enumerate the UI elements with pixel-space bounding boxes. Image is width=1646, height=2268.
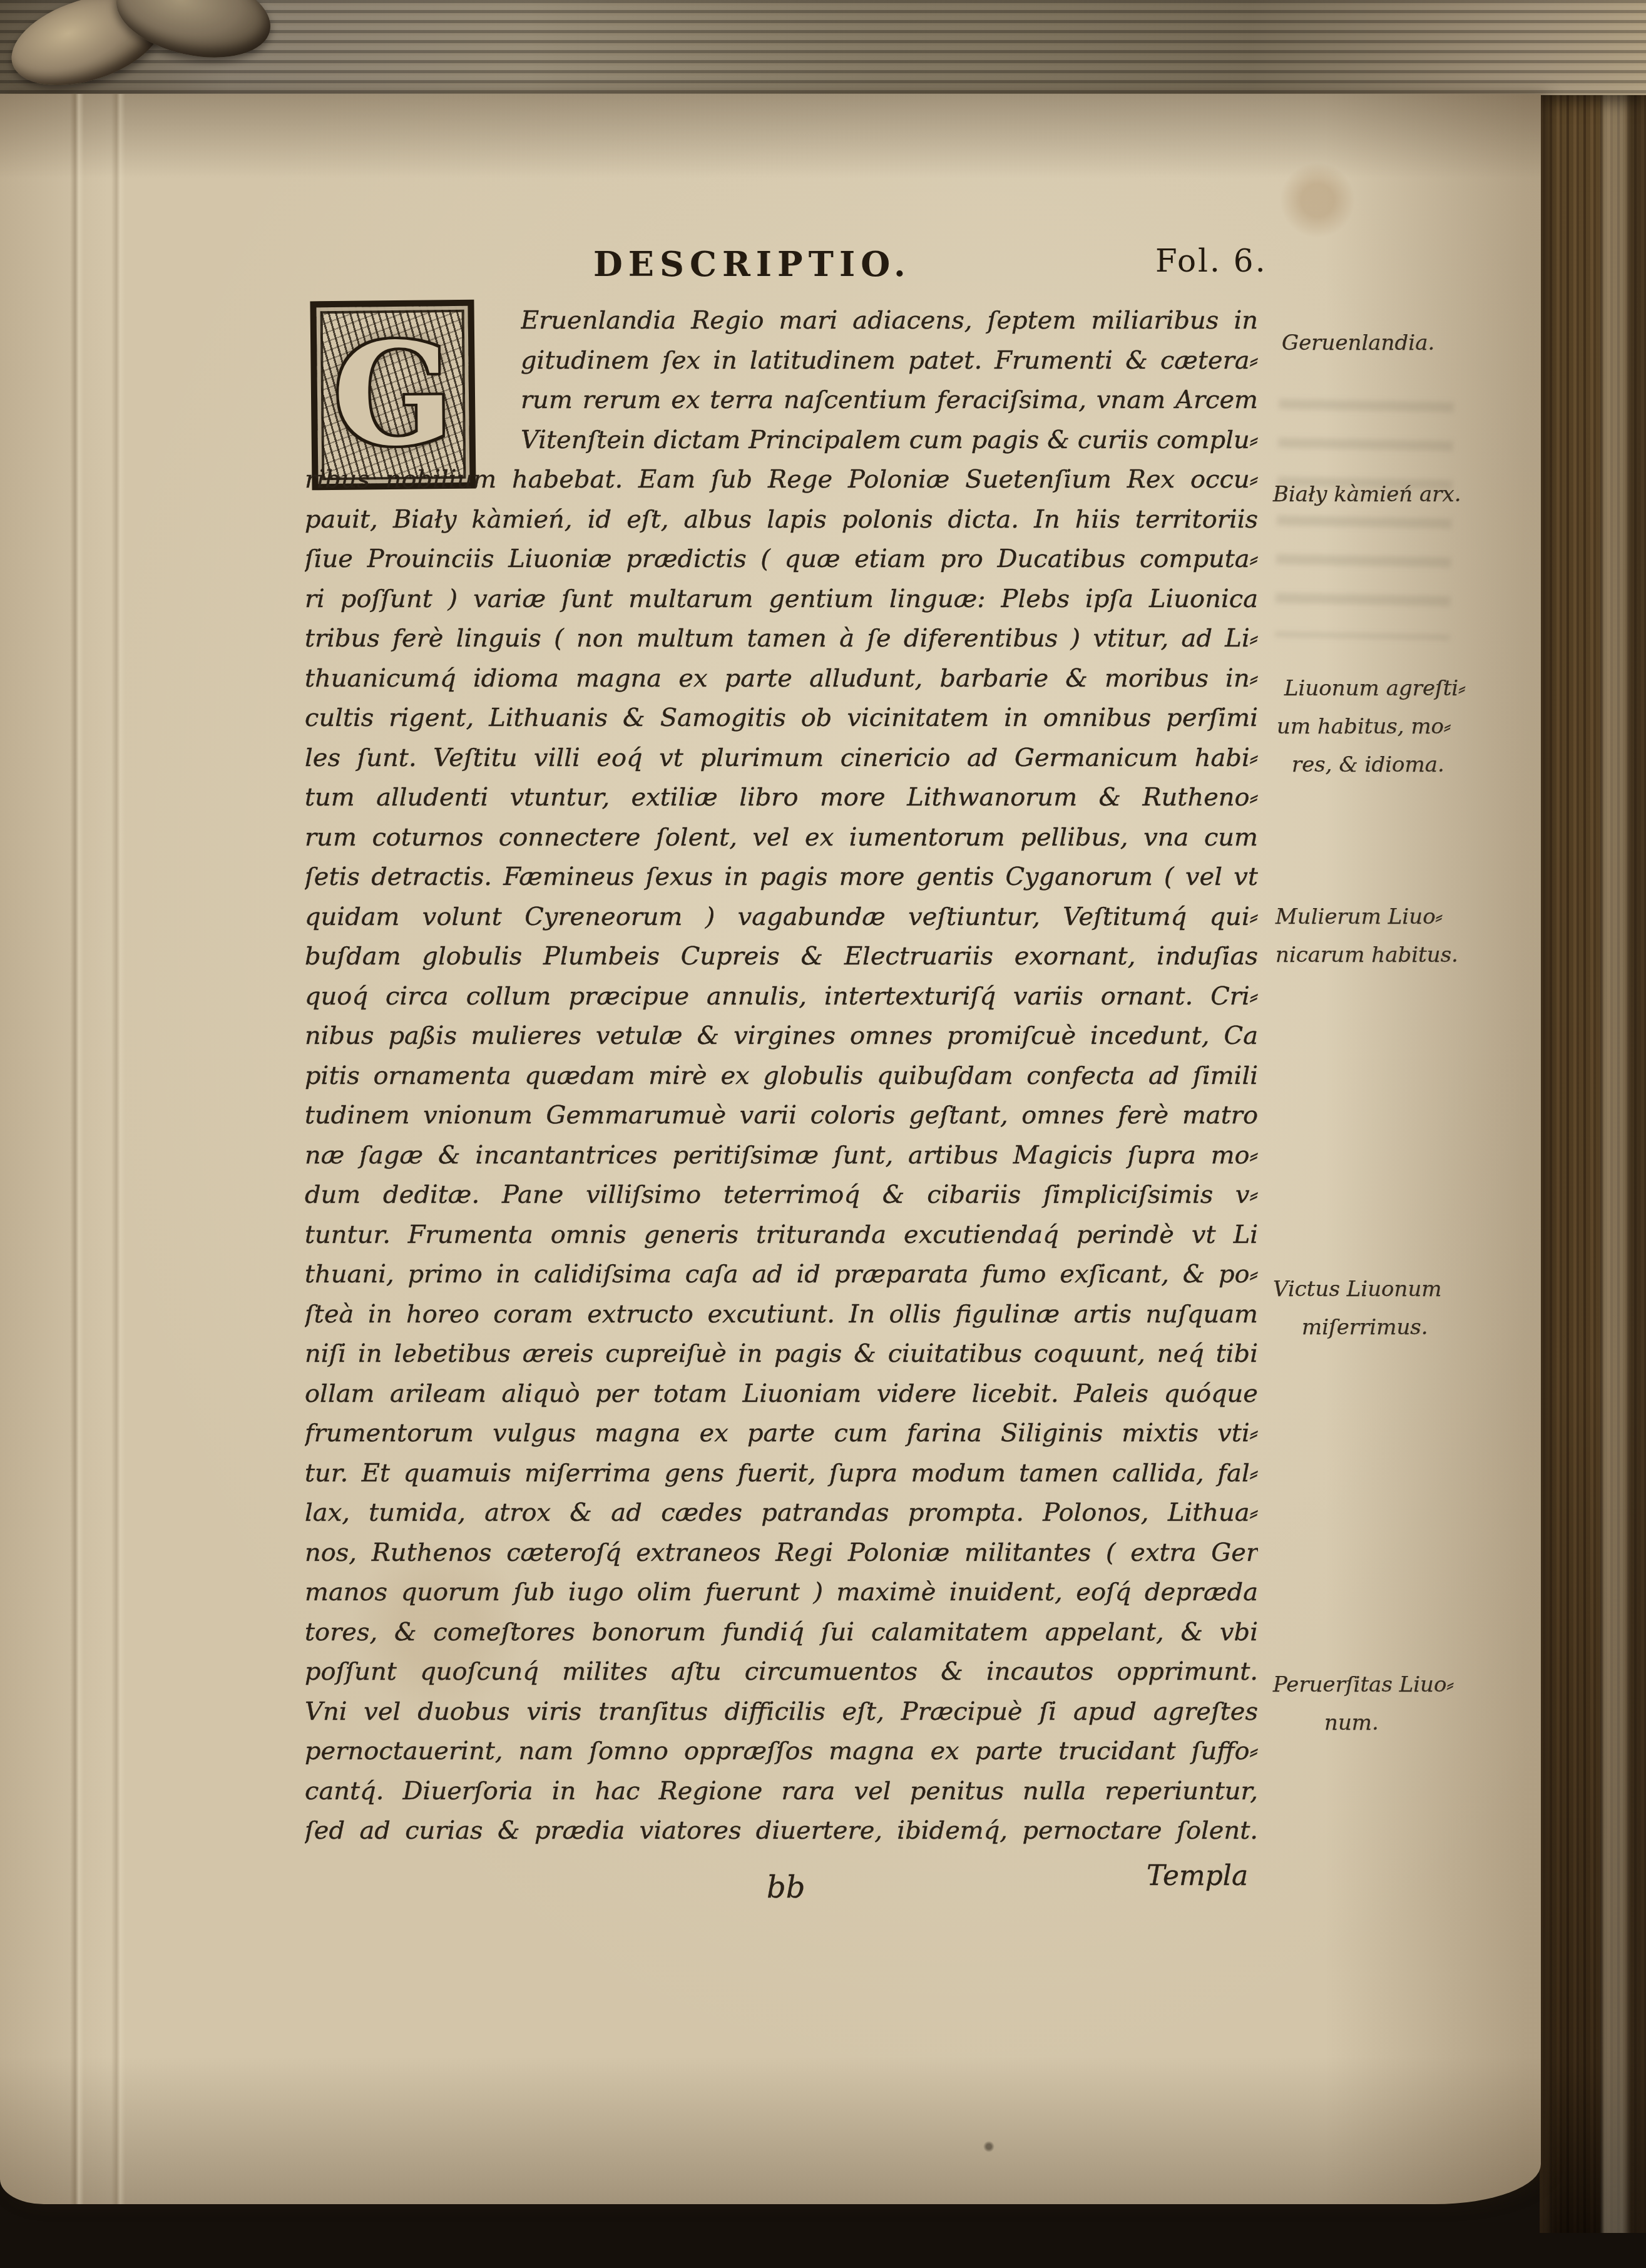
body-line: quoq́ circa collum præcipue annulis, int… xyxy=(305,977,1258,1017)
body-line: Vni vel duobus viris tranſitus difficili… xyxy=(305,1692,1258,1732)
margin-note-victus: Victus Liuonum xyxy=(1273,1277,1442,1302)
book-top-edge-pages xyxy=(0,0,1646,95)
body-line: ollam arileam aliquò per totam Liuoniam … xyxy=(305,1374,1258,1414)
margin-note-bialy-kamien: Biały kàmień arx. xyxy=(1273,482,1461,507)
body-line: rum rerum ex terra naſcentium feraciſsim… xyxy=(521,381,1258,421)
body-line: cultis rigent, Lithuanis & Samogitis ob … xyxy=(305,698,1258,738)
signature-mark: bb xyxy=(767,1870,805,1905)
body-line: nibus paßis mulieres vetulæ & virgines o… xyxy=(305,1016,1258,1056)
body-line: ſteà in horeo coram extructo excutiunt. … xyxy=(305,1295,1258,1335)
body-line: tores, & comeſtores bonorum fundiq́ ſui … xyxy=(305,1613,1258,1653)
margin-note-victus: miſerrimus. xyxy=(1302,1315,1428,1340)
body-line: frumentorum vulgus magna ex parte cum fa… xyxy=(305,1414,1258,1454)
margin-note-peruersitas: num. xyxy=(1324,1710,1379,1735)
body-line: quidam volunt Cyreneorum ) vagabundæ veſ… xyxy=(305,897,1258,937)
body-line: thuani, primo in calidiſsima caſa ad id … xyxy=(305,1255,1258,1295)
body-line: tribus ferè linguis ( non multum tamen à… xyxy=(305,619,1258,659)
body-line: ſed ad curias & prædia viatores diuerter… xyxy=(305,1811,1258,1851)
body-line: Vitenſtein dictam Principalem cum pagis … xyxy=(521,421,1258,461)
margin-note-mulierum: nicarum habitus. xyxy=(1275,942,1458,968)
body-line: ſetis detractis. Fæmineus ſexus in pagis… xyxy=(305,857,1258,897)
body-line: cantq́. Diuerſoria in hac Regione rara v… xyxy=(305,1772,1258,1812)
margin-note-liuonum-habitus: um habitus, mo⸗ xyxy=(1277,714,1451,739)
body-line: Eruenlandia Regio mari adiacens, ſeptem … xyxy=(521,301,1258,341)
body-line: pauit, Biały kàmień, id eſt, albus lapis… xyxy=(305,500,1258,540)
body-line: buſdam globulis Plumbeis Cupreis & Elect… xyxy=(305,937,1258,977)
body-line: gitudinem ſex in latitudinem patet. Frum… xyxy=(521,341,1258,381)
body-line: pitis ornamenta quædam mirè ex globulis … xyxy=(305,1056,1258,1096)
margin-note-mulierum: Mulierum Liuo⸗ xyxy=(1275,904,1443,929)
body-line: niſi in lebetibus æreis cupreiſuè in pag… xyxy=(305,1334,1258,1374)
page-title: DESCRIPTIO. xyxy=(593,244,944,284)
body-line: les ſunt. Veſtitu villi eoq́ vt plurimum… xyxy=(305,738,1258,779)
body-line: nos, Ruthenos cæteroſq́ extraneos Regi P… xyxy=(305,1533,1258,1573)
body-line: poſſunt quoſcunq́ milites aſtu circumuen… xyxy=(305,1652,1258,1692)
body-line: næ ſagæ & incantantrices peritiſsimæ ſun… xyxy=(305,1136,1258,1176)
body-line: tuntur. Frumenta omnis generis triturand… xyxy=(305,1215,1258,1255)
margin-note-liuonum-habitus: res, & idioma. xyxy=(1292,752,1444,777)
ink-show-through xyxy=(1275,399,1454,640)
body-line: lax, tumida, atrox & ad cædes patrandas … xyxy=(305,1493,1258,1533)
body-text: Eruenlandia Regio mari adiacens, ſeptem … xyxy=(305,301,1258,1851)
book-scan: { "page": { "header": { "title": "DESCRI… xyxy=(0,0,1646,2268)
body-line: manos quorum ſub iugo olim fuerunt ) max… xyxy=(305,1573,1258,1613)
body-line: rum coturnos connectere ſolent, vel ex i… xyxy=(305,818,1258,858)
margin-note-geruenlandia: Geruenlandia. xyxy=(1282,330,1434,355)
body-line: tur. Et quamuis miſerrima gens fuerit, ſ… xyxy=(305,1454,1258,1494)
folio-number: Fol. 6. xyxy=(1155,243,1267,279)
catchword: Templa xyxy=(1147,1860,1248,1892)
body-line: ribus nobilium habebat. Eam ſub Rege Pol… xyxy=(305,460,1258,500)
body-line: tudinem vnionum Gemmarumuè varii coloris… xyxy=(305,1096,1258,1136)
book-fore-edge-pages xyxy=(1540,75,1646,2233)
body-line: dum deditæ. Pane villiſsimo teterrimoq́ … xyxy=(305,1175,1258,1215)
margin-note-peruersitas: Peruerſitas Liuo⸗ xyxy=(1273,1672,1454,1697)
body-line: pernoctauerint, nam ſomno oppræſſos magn… xyxy=(305,1732,1258,1772)
body-line: thuanicumq́ idioma magna ex parte alludu… xyxy=(305,659,1258,699)
body-line: tum alludenti vtuntur, extiliæ libro mor… xyxy=(305,778,1258,818)
body-line: ſiue Prouinciis Liuoniæ prædictis ( quæ … xyxy=(305,539,1258,580)
margin-note-liuonum-habitus: Liuonum agreſti⸗ xyxy=(1284,676,1466,701)
body-line: ri poſſunt ) variæ ſunt multarum gentium… xyxy=(305,580,1258,620)
